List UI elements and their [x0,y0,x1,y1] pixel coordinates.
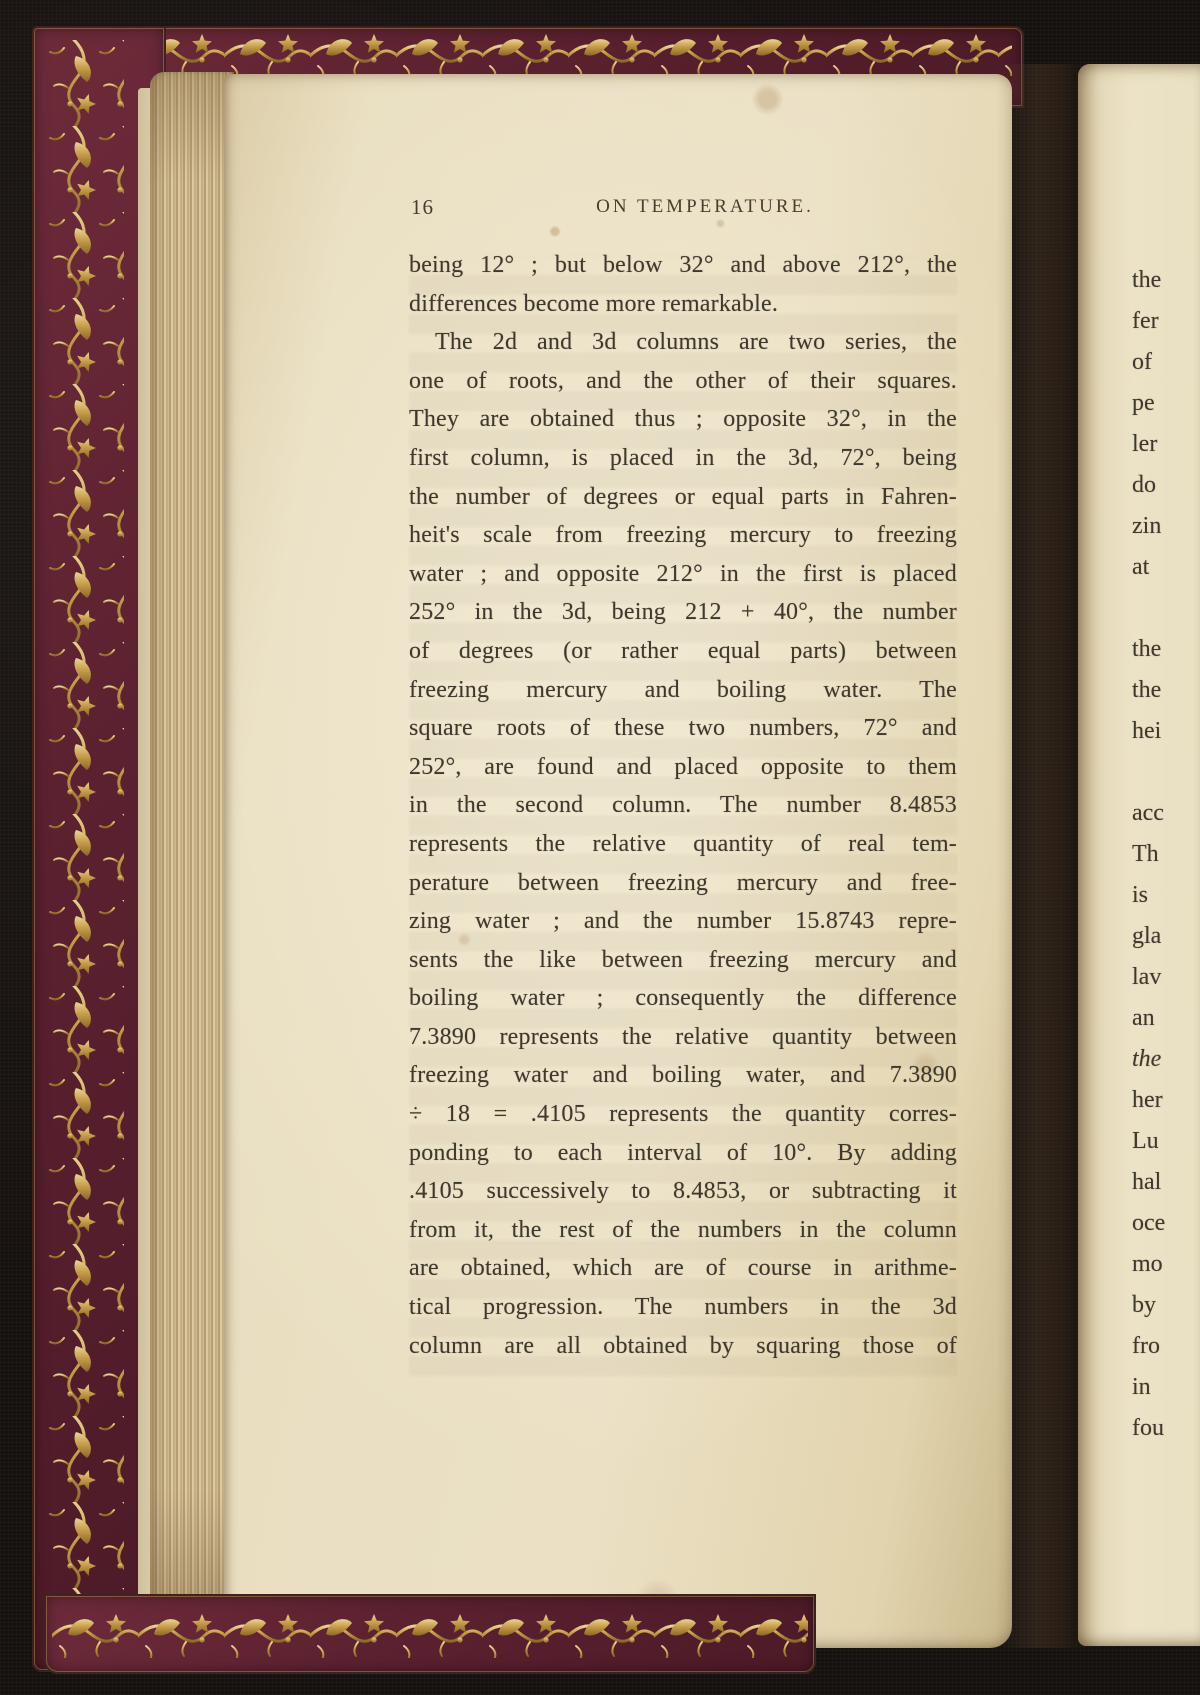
fragment-line: mo [1132,1244,1165,1285]
text-line: 252° in the 3d, being 212 + 40°, the num… [409,593,957,632]
text-line: ponding to each interval of 10°. By addi… [409,1134,957,1173]
gold-vine-ornament-icon [52,32,1012,76]
fragment-line: fou [1132,1408,1165,1449]
text-line: freezing water and boiling water, and 7.… [409,1056,957,1095]
fragment-line: do [1132,465,1165,506]
left-page: 16 ON TEMPERATURE. being 12° ; but below… [224,74,1012,1648]
page-header: 16 ON TEMPERATURE. [409,192,957,226]
text-line: being 12° ; but below 32° and above 212°… [409,246,957,285]
right-page-sliver: the fer of pe ler do zin at the the hei … [1078,64,1200,1646]
fragment-line: the [1132,1039,1165,1080]
fragment-line: hei [1132,711,1165,752]
fragment-line: pe [1132,383,1165,424]
fragment-line: gla [1132,916,1165,957]
body-text: being 12° ; but below 32° and above 212°… [409,246,957,1365]
text-line: one of roots, and the other of their squ… [409,362,957,401]
running-head: ON TEMPERATURE. [409,196,957,218]
fragment-line: the [1132,629,1165,670]
text-line: They are obtained thus ; opposite 32°, i… [409,400,957,439]
text-line: The 2d and 3d columns are two series, th… [409,323,957,362]
fragment-line: zin [1132,506,1165,547]
gilt-border-bottom [44,1594,816,1674]
text-line: column are all obtained by squaring thos… [409,1327,957,1366]
text-line: boiling water ; consequently the differe… [409,979,957,1018]
fragment-line: the [1132,670,1165,711]
right-page-text-fragments: the fer of pe ler do zin at the the hei … [1132,260,1165,1449]
fragment-line: an [1132,998,1165,1039]
fragment-line: Lu [1132,1121,1165,1162]
page-edges [150,72,234,1648]
fragment-line: hal [1132,1162,1165,1203]
open-book-photo: 16 ON TEMPERATURE. being 12° ; but below… [0,0,1200,1695]
fragment-line: lav [1132,957,1165,998]
fragment-line: acc [1132,793,1165,834]
gold-vine-ornament-icon [48,40,124,1658]
text-line: ÷ 18 = .4105 represents the quantity cor… [409,1095,957,1134]
fragment-line [1132,588,1165,629]
text-line: first column, is placed in the 3d, 72°, … [409,439,957,478]
fragment-line: fer [1132,301,1165,342]
text-line: square roots of these two numbers, 72° a… [409,709,957,748]
fragment-line: is [1132,875,1165,916]
fragment-line: the [1132,260,1165,301]
fragment-line [1132,752,1165,793]
text-line: zing water ; and the number 15.8743 repr… [409,902,957,941]
text-line: of degrees (or rather equal parts) betwe… [409,632,957,671]
text-line: represents the relative quantity of real… [409,825,957,864]
fragment-line: fro [1132,1326,1165,1367]
fragment-line: oce [1132,1203,1165,1244]
text-line: freezing mercury and boiling water. The [409,671,957,710]
text-line: .4105 successively to 8.4853, or subtrac… [409,1172,957,1211]
text-line: tical progression. The numbers in the 3d [409,1288,957,1327]
fragment-line: in [1132,1367,1165,1408]
text-line: heit's scale from freezing mercury to fr… [409,516,957,555]
text-line: differences become more remarkable. [409,285,957,324]
text-line: perature between freezing mercury and fr… [409,864,957,903]
text-line: 252°, are found and placed opposite to t… [409,748,957,787]
text-line: 7.3890 represents the relative quantity … [409,1018,957,1057]
text-line: water ; and opposite 212° in the first i… [409,555,957,594]
text-line: the number of degrees or equal parts in … [409,478,957,517]
fragment-line: by [1132,1285,1165,1326]
text-line: are obtained, which are of course in ari… [409,1249,957,1288]
fragment-line: of [1132,342,1165,383]
gold-vine-ornament-icon [52,1612,808,1658]
text-line: in the second column. The number 8.4853 [409,786,957,825]
fragment-line: her [1132,1080,1165,1121]
fragment-line: ler [1132,424,1165,465]
text-line: from it, the rest of the numbers in the … [409,1211,957,1250]
text-line: sents the like between freezing mercury … [409,941,957,980]
fragment-line: Th [1132,834,1165,875]
fragment-line: at [1132,547,1165,588]
